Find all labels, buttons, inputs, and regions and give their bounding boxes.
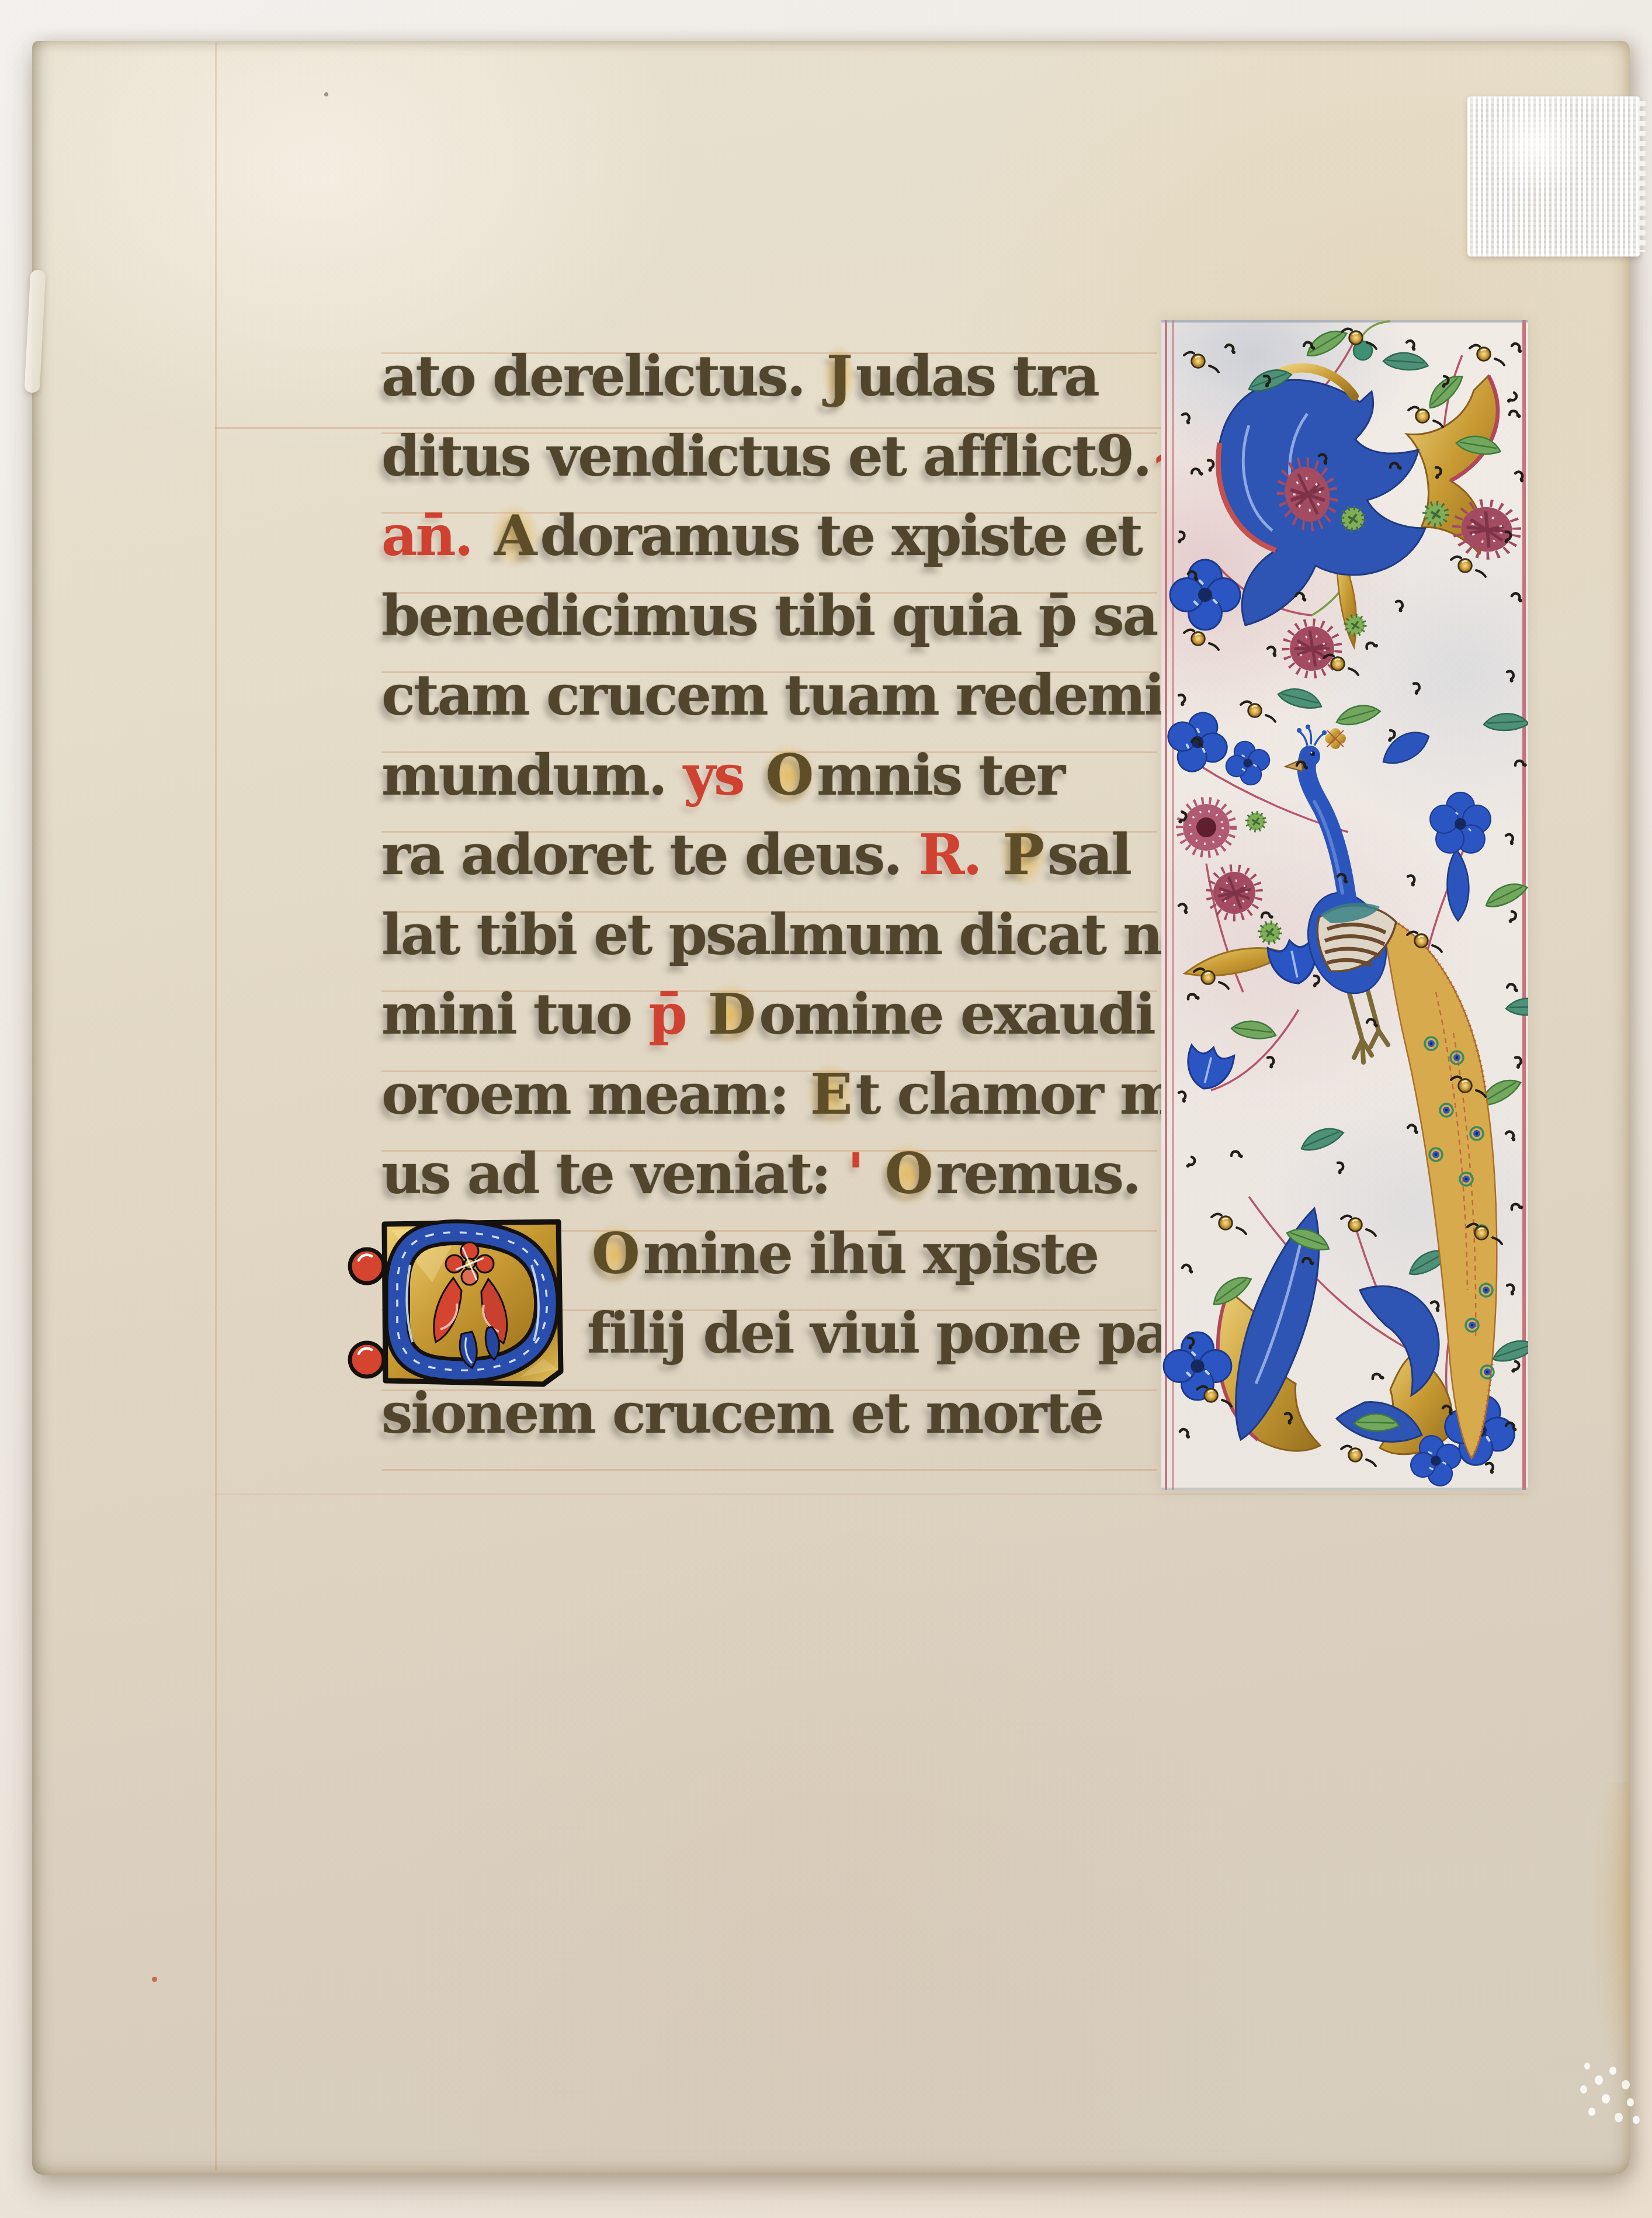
manuscript-photo: ato derelictus. Judas traditus vendictus… [0, 0, 1652, 2218]
squig-icon [1226, 345, 1235, 354]
fabric-patch [1467, 96, 1640, 257]
leafg-icon [1483, 881, 1528, 909]
text-line: ra adoret te deus. R. Psal [381, 815, 1130, 896]
cadel-capital: J [822, 344, 856, 409]
leaft-icon [1483, 711, 1528, 734]
squig-icon [1514, 758, 1528, 771]
text-run: mundum. [381, 743, 683, 808]
squig-icon [1507, 393, 1516, 403]
initial-ball-finials [350, 1249, 387, 1377]
cadel-capital: P [998, 823, 1047, 888]
bezant-icon [1341, 1446, 1376, 1466]
squig-icon [1182, 1264, 1193, 1275]
border-art [1161, 320, 1528, 1490]
text-line: benedicimus tibi quia p̄ sa [381, 576, 1157, 657]
squig-icon [1484, 1462, 1496, 1474]
text-run: ditus vendictus et afflict9. [381, 424, 1150, 489]
text-run: doramus te xpiste et [540, 504, 1141, 569]
squig-icon [1509, 1361, 1521, 1373]
rubric-run: p̄ [648, 982, 685, 1047]
squig-icon [1405, 874, 1418, 887]
illuminated-initial-d [345, 1212, 578, 1399]
leafg-icon [1230, 1015, 1278, 1045]
text-run: udas tra [856, 344, 1098, 409]
text-line: an̄. Adoramus te xpiste et [381, 495, 1141, 577]
bezant-icon [1241, 702, 1275, 722]
squig-icon [1365, 639, 1379, 653]
parchment-leaf: ato derelictus. Judas traditus vendictus… [32, 41, 1630, 2175]
squig-icon [1230, 1149, 1244, 1162]
text-run: benedicimus tibi quia p̄ sa [381, 584, 1157, 649]
bezant-icon [1470, 345, 1504, 365]
bezant-icon [1184, 352, 1219, 372]
cadel-capital: O [587, 1222, 643, 1287]
text-run [980, 823, 998, 888]
squig-icon [1203, 459, 1217, 472]
squig-icon [1507, 983, 1519, 994]
rubric-run: ys [683, 743, 744, 808]
text-run [744, 743, 761, 808]
leafg-icon [1335, 704, 1381, 726]
text-run: remus. [936, 1142, 1140, 1207]
squig-icon [1510, 1201, 1523, 1214]
leaft-icon [1299, 1125, 1346, 1152]
text-run: sal [1047, 823, 1130, 888]
text-line: oroem meam: Et clamor me [381, 1054, 1210, 1136]
squig-icon [1511, 1056, 1524, 1069]
text-line: ditus vendictus et afflict9.~ [381, 416, 1195, 498]
squig-icon [1504, 833, 1516, 845]
text-run: filij dei viui pone pas [587, 1301, 1199, 1366]
text-run: mine ihū xpiste [643, 1222, 1098, 1287]
text-line: mundum. ys Omnis ter [381, 735, 1064, 817]
leaft-icon [1505, 994, 1528, 1020]
text-line: filij dei viui pone pas [587, 1293, 1199, 1375]
text-line: ato derelictus. Judas tra [381, 336, 1098, 418]
squig-icon [1408, 1124, 1418, 1135]
peacock-legs [1349, 987, 1388, 1062]
text-run: t clamor me [855, 1062, 1210, 1127]
text-run: mnis ter [817, 743, 1064, 808]
squig-icon [1186, 991, 1200, 1004]
bezant-icon [1408, 407, 1443, 427]
squig-icon [1504, 670, 1517, 682]
cadel-capital: D [703, 982, 759, 1047]
squig-icon [1429, 1301, 1442, 1312]
text-run: oroem meam: [381, 1062, 806, 1127]
fabric-sheen [1467, 96, 1640, 257]
squig-icon [1514, 471, 1526, 483]
squig-icon [1309, 975, 1322, 988]
text-run: lat tibi et psalmum dicat no [381, 903, 1197, 968]
bezant-icon [1341, 1216, 1376, 1236]
cadel-capital: O [880, 1142, 936, 1207]
squig-icon [1333, 1161, 1346, 1174]
squig-icon [1176, 1090, 1189, 1103]
cadel-capital: A [490, 504, 540, 569]
rubric-run: R. [918, 823, 980, 888]
text-line: ctam crucem tuam redemisti [381, 655, 1236, 737]
text-run [863, 1142, 880, 1207]
text-line: Omine ihū xpiste [587, 1214, 1098, 1295]
squig-icon [1504, 1283, 1517, 1296]
squig-icon [1180, 413, 1192, 425]
leaft-icon [1277, 681, 1325, 716]
squig-icon [1266, 646, 1278, 657]
bezant-icon [1184, 630, 1219, 650]
cadel-capital: E [806, 1062, 855, 1127]
squig-icon [1178, 903, 1189, 914]
rubric-run: ' [847, 1142, 862, 1207]
dark-center-flower [1179, 800, 1233, 854]
squig-icon [1508, 408, 1521, 421]
squig-icon [1191, 466, 1204, 479]
squig-icon [1505, 1131, 1516, 1142]
squig-icon [1512, 344, 1522, 353]
text-run: omine exaudi [759, 982, 1154, 1047]
squig-icon [1264, 1056, 1277, 1069]
squig-icon [1185, 1156, 1196, 1168]
text-line: mini tuo p̄ Domine exaudi [381, 974, 1154, 1056]
squig-icon [1295, 592, 1307, 603]
squig-icon [1512, 592, 1522, 603]
bezant-icon [1212, 1214, 1246, 1234]
leaft-icon [1382, 347, 1429, 376]
decorated-border-panel [1161, 320, 1528, 1490]
cadel-capital: O [761, 743, 817, 808]
squig-icon [1174, 531, 1187, 544]
text-run: mini tuo [381, 982, 648, 1047]
text-run: us ad te veniat: [381, 1142, 847, 1207]
text-run: ato derelictus. [381, 344, 822, 409]
squig-icon [1175, 694, 1188, 707]
rubric-run: an̄. [381, 504, 490, 569]
squig-icon [1371, 1371, 1384, 1384]
squig-icon [1393, 599, 1406, 612]
squig-icon [1180, 1429, 1190, 1439]
squig-icon [1409, 682, 1422, 695]
blue-flower-large [1430, 792, 1491, 853]
bezant-icon [1451, 557, 1486, 577]
leaft-icon [1491, 1339, 1528, 1363]
text-run [686, 982, 703, 1047]
text-line: lat tibi et psalmum dicat no [381, 895, 1197, 976]
text-run: ctam crucem tuam redemisti [381, 663, 1236, 728]
gold-floret [1325, 728, 1346, 749]
text-run: ra adoret te deus. [381, 823, 918, 888]
squig-icon [1405, 340, 1417, 351]
text-line: us ad te veniat: ' Oremus. [381, 1134, 1140, 1215]
squig-icon [1505, 910, 1518, 923]
